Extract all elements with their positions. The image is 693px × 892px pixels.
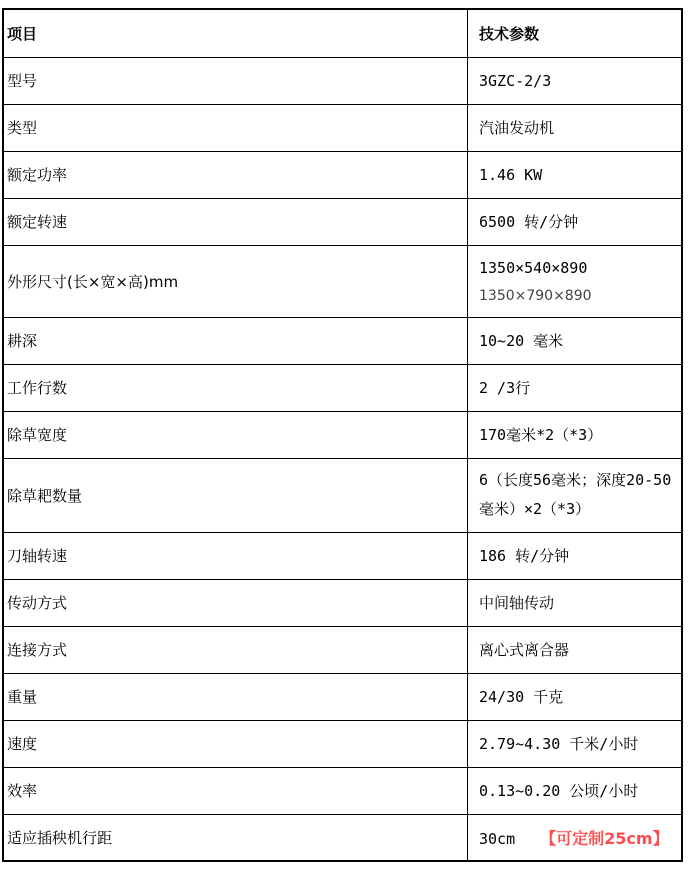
spec-value: 汽油发动机 [468, 104, 683, 151]
spec-table: 项目 技术参数 型号 3GZC-2/3 类型 汽油发动机 额定功率 1.46 K… [2, 8, 683, 862]
spec-label: 速度 [3, 720, 468, 767]
spec-value: 6500 转/分钟 [468, 198, 683, 245]
header-row: 项目 技术参数 [3, 9, 682, 57]
spec-label: 额定功率 [3, 151, 468, 198]
spec-label: 类型 [3, 104, 468, 151]
spec-value: 2 /3行 [468, 364, 683, 411]
spec-value: 24/30 千克 [468, 673, 683, 720]
spec-label: 型号 [3, 57, 468, 104]
spec-value: 10~20 毫米 [468, 317, 683, 364]
spec-value: 0.13~0.20 公顷/小时 [468, 767, 683, 814]
spec-value: 3GZC-2/3 [468, 57, 683, 104]
header-item-cell: 项目 [3, 9, 468, 57]
spec-value: 2.79~4.30 千米/小时 [468, 720, 683, 767]
spec-value: 6（长度56毫米；深度20-50毫米）×2（*3） [468, 458, 683, 532]
dimension-primary: 1350×540×890 [479, 258, 677, 278]
spec-row-transmission: 传动方式 中间轴传动 [3, 579, 682, 626]
customizable-highlight: 【可定制25cm】 [540, 829, 668, 848]
spec-label: 适应插秧机行距 [3, 814, 468, 861]
spec-label: 外形尺寸(长×宽×高)mm [3, 245, 468, 317]
spec-row-rated-power: 额定功率 1.46 KW [3, 151, 682, 198]
spec-row-dimensions: 外形尺寸(长×宽×高)mm 1350×540×890 1350×790×890 [3, 245, 682, 317]
spec-row-model: 型号 3GZC-2/3 [3, 57, 682, 104]
spec-label: 刀轴转速 [3, 532, 468, 579]
spec-label: 除草耙数量 [3, 458, 468, 532]
spec-row-tilling-depth: 耕深 10~20 毫米 [3, 317, 682, 364]
spec-row-efficiency: 效率 0.13~0.20 公顷/小时 [3, 767, 682, 814]
spec-row-speed: 速度 2.79~4.30 千米/小时 [3, 720, 682, 767]
spec-row-transplanter-row-spacing: 适应插秧机行距 30cm 【可定制25cm】 [3, 814, 682, 861]
spec-value: 170毫米*2（*3） [468, 411, 683, 458]
spec-label: 连接方式 [3, 626, 468, 673]
spec-value: 1350×540×890 1350×790×890 [468, 245, 683, 317]
spec-value: 1.46 KW [468, 151, 683, 198]
spec-value: 离心式离合器 [468, 626, 683, 673]
spec-row-type: 类型 汽油发动机 [3, 104, 682, 151]
spec-label: 重量 [3, 673, 468, 720]
spec-value: 186 转/分钟 [468, 532, 683, 579]
spec-value: 中间轴传动 [468, 579, 683, 626]
spec-row-weight: 重量 24/30 千克 [3, 673, 682, 720]
spec-label: 工作行数 [3, 364, 468, 411]
spec-label: 额定转速 [3, 198, 468, 245]
spec-label: 除草宽度 [3, 411, 468, 458]
row-spacing-value: 30cm [479, 830, 515, 848]
spec-row-connection: 连接方式 离心式离合器 [3, 626, 682, 673]
spec-row-blade-shaft-speed: 刀轴转速 186 转/分钟 [3, 532, 682, 579]
spec-row-working-rows: 工作行数 2 /3行 [3, 364, 682, 411]
spec-value: 30cm 【可定制25cm】 [468, 814, 683, 861]
spec-row-rated-speed: 额定转速 6500 转/分钟 [3, 198, 682, 245]
spec-label: 传动方式 [3, 579, 468, 626]
spec-row-weeding-width: 除草宽度 170毫米*2（*3） [3, 411, 682, 458]
spec-row-rake-count: 除草耙数量 6（长度56毫米；深度20-50毫米）×2（*3） [3, 458, 682, 532]
spec-label: 耕深 [3, 317, 468, 364]
header-params-cell: 技术参数 [468, 9, 683, 57]
dimension-secondary: 1350×790×890 [479, 287, 677, 305]
spec-label: 效率 [3, 767, 468, 814]
